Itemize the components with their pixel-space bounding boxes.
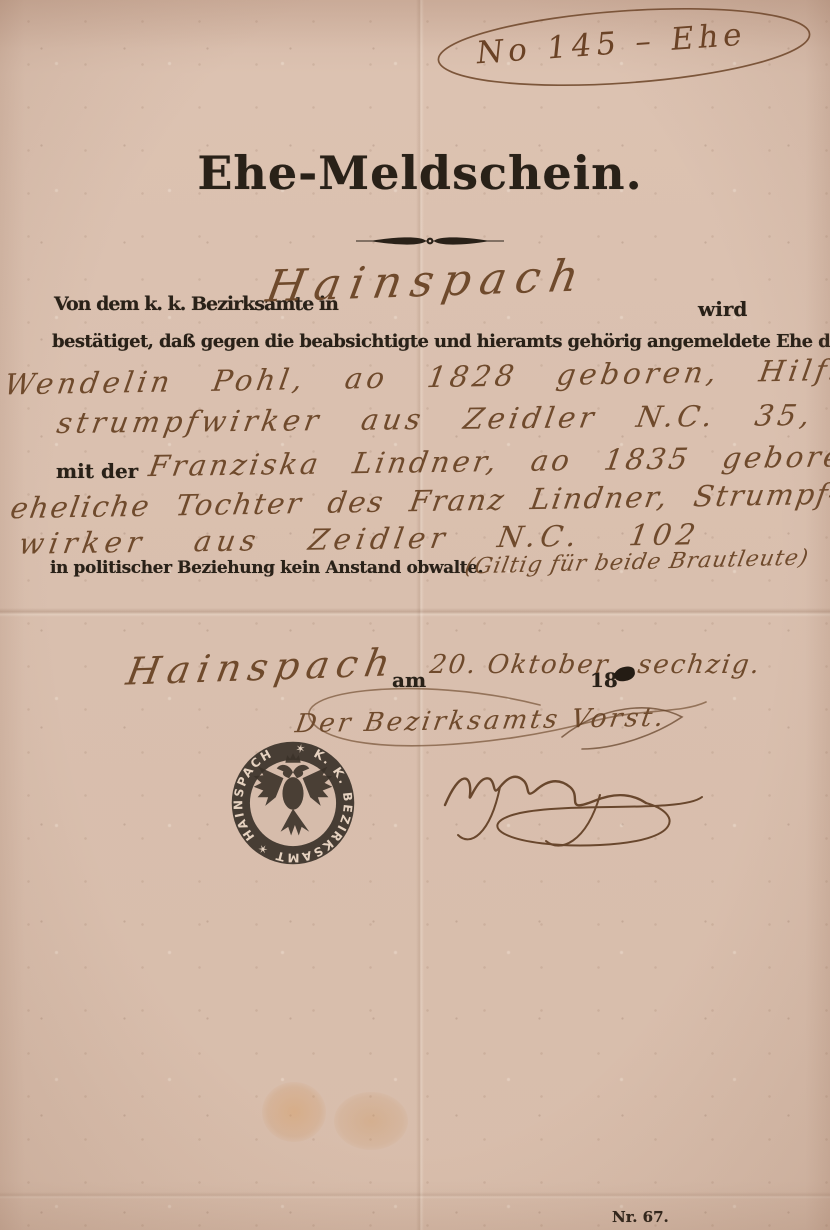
hand-fill-district-name: Hainspach — [262, 250, 591, 312]
printed-word-wird: wird — [698, 297, 747, 321]
printed-words-mit-der: mit der — [56, 459, 138, 483]
printed-word-am: am — [392, 668, 426, 692]
hand-year-suffix: sechzig. — [636, 650, 763, 680]
hand-line-bride-name: Franziska Lindner, ao 1835 geboren, — [146, 439, 830, 483]
divider-ornament-icon — [352, 234, 508, 248]
horizontal-fold-crease — [0, 608, 830, 617]
printed-line-bestaetiget: bestätiget, daß gegen die beabsichtigte … — [52, 331, 830, 352]
hand-line-bride-parentage: eheliche Tochter des Franz Lindner, Stru… — [8, 477, 830, 525]
file-number-annotation: No 145 – Ehe — [428, 4, 824, 90]
paper-stain — [262, 1082, 326, 1142]
form-number: Nr. 67. — [612, 1208, 669, 1226]
hand-day-month: 20. Oktober — [428, 650, 611, 680]
hand-line-groom-origin: strumpfwirker aus Zeidler N.C. 35, — [55, 398, 817, 440]
page-title: Ehe-Meldschein. — [120, 146, 720, 200]
printed-line-kein-anstand: in politischer Beziehung kein Anstand ob… — [50, 558, 483, 578]
official-seal: ✶ K. K. BEZIRKSAMT ✶ HAINSPACH — [226, 736, 360, 870]
signature — [350, 695, 830, 870]
hand-line-groom-name: Wendelin Pohl, ao 1828 geboren, Hilfs- — [2, 353, 830, 402]
horizontal-fold-crease-bottom — [0, 1192, 830, 1199]
document-page: No 145 – Ehe Ehe-Meldschein. Von dem k. … — [0, 0, 830, 1230]
paper-stain — [334, 1092, 408, 1150]
